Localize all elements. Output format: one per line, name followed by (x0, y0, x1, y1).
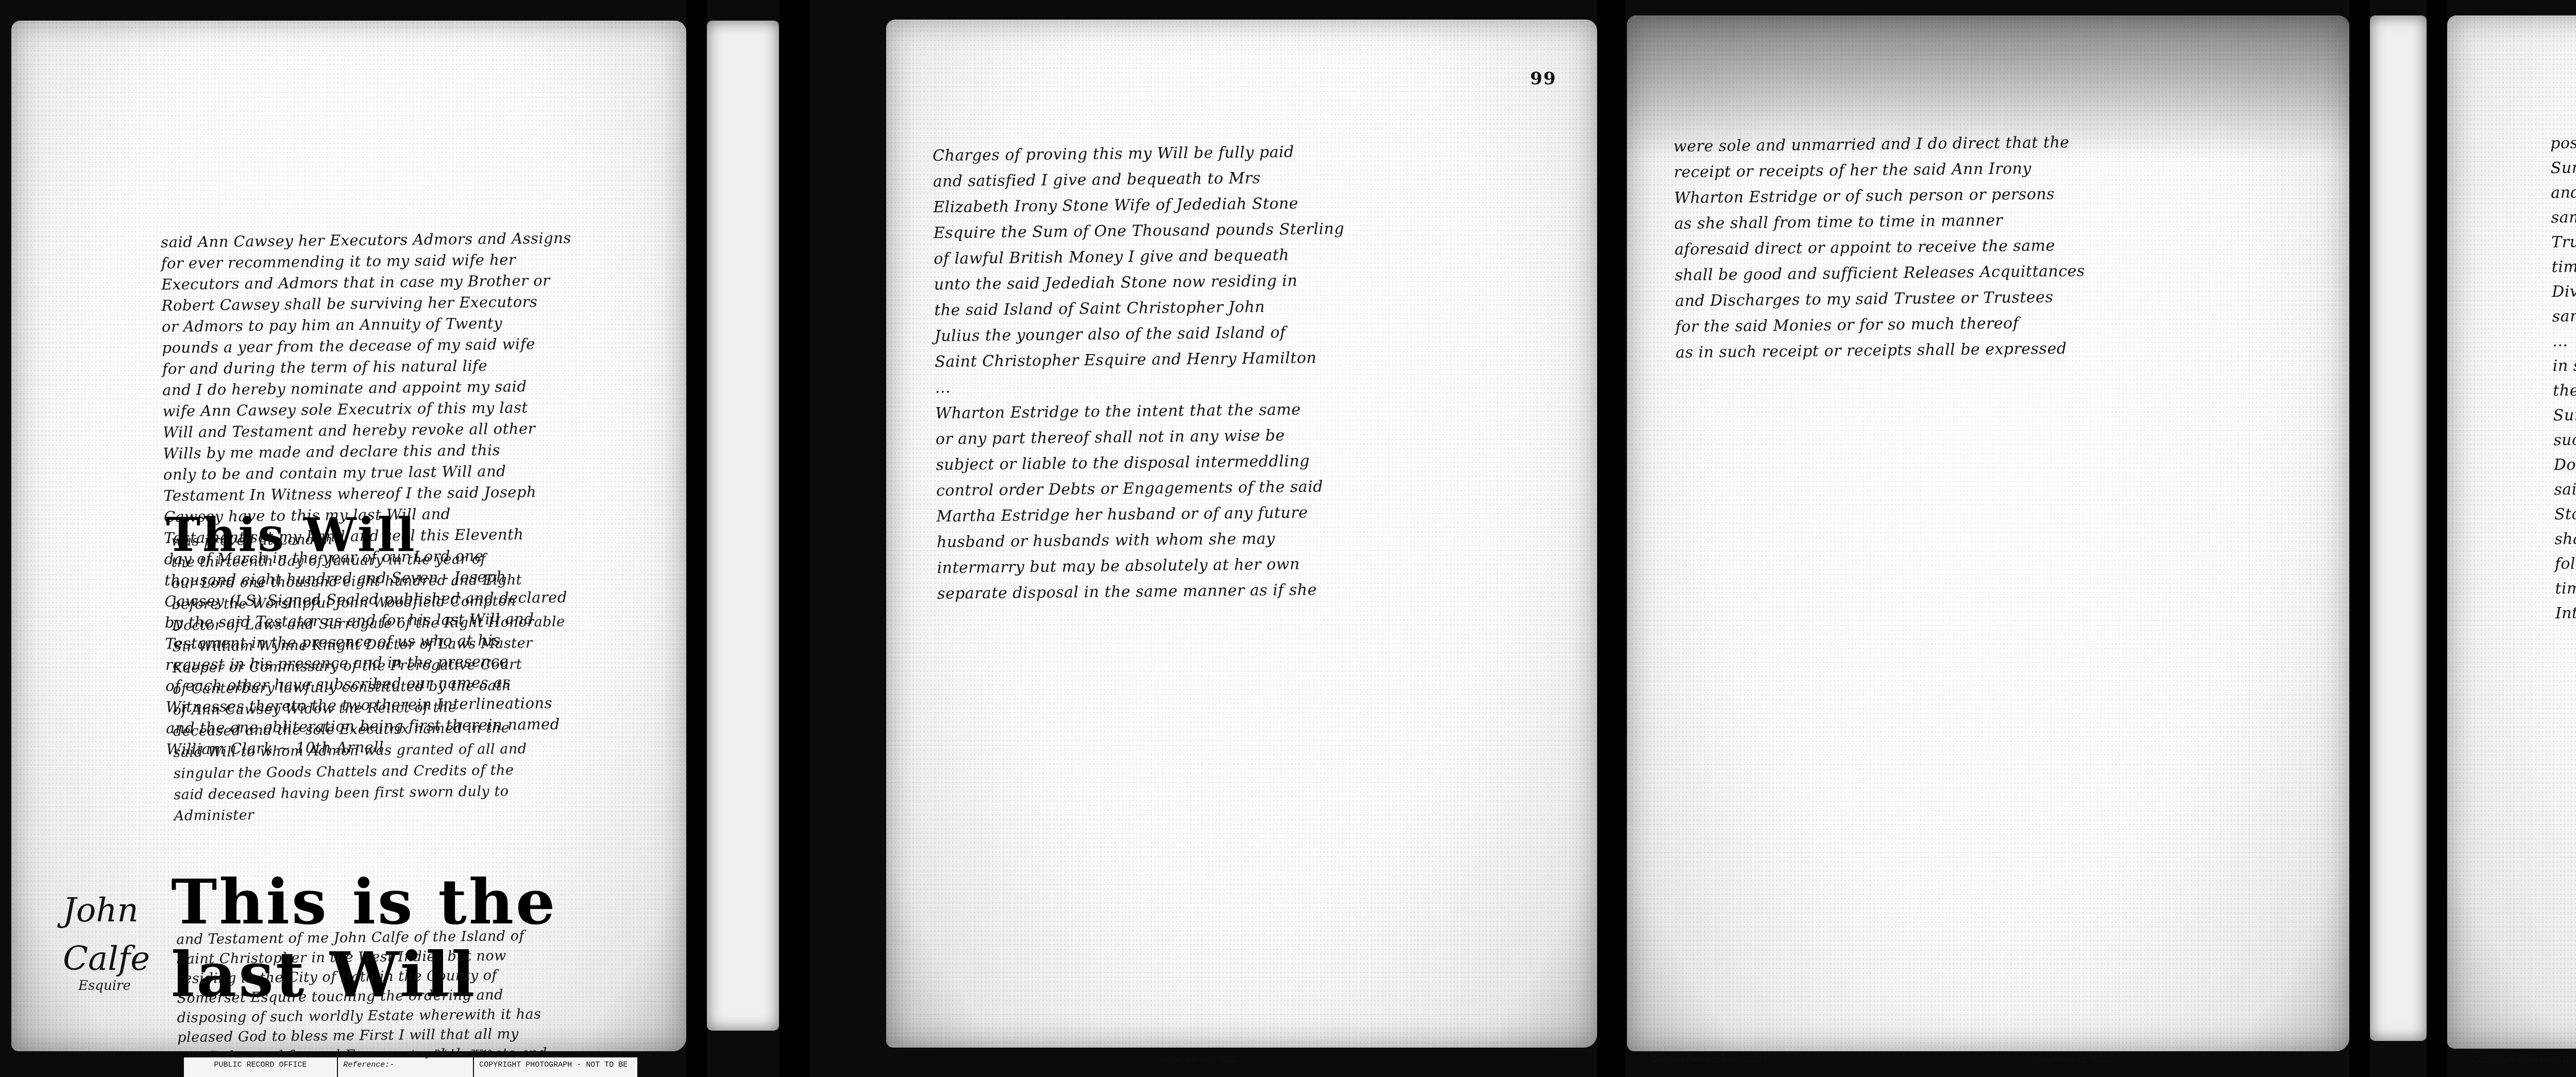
microfilm-strip: said Ann Cawsey her Executors Admors and… (0, 0, 2576, 1077)
margin-first-name: John (63, 891, 150, 930)
reference-label: Reference:- (338, 1057, 474, 1077)
will-opening-text: and Testament of me John Calfe of the Is… (176, 925, 672, 1051)
image-reference: Image Reference:75513 (2030, 1054, 2110, 1065)
public-record-office-label: PUBLIC RECORD OFFICE Reference:- COPYRIG… (183, 1056, 638, 1077)
office-name: PUBLIC RECORD OFFICE (184, 1057, 338, 1077)
page-edge (2370, 15, 2427, 1041)
page-number: 99 (1530, 69, 1556, 89)
page-1: said Ann Cawsey her Executors Admors and… (11, 21, 686, 1051)
page-2: 99 Charges of proving this my Will be fu… (886, 20, 1597, 1048)
image-reference: Image Reference:75513 (412, 1048, 492, 1059)
gutter (686, 0, 707, 1077)
image-reference: Image Reference:75513 (1159, 1054, 1239, 1065)
copyright-notice: COPYRIGHT PHOTOGRAPH - NOT TO BE (474, 1057, 637, 1077)
gutter (2349, 0, 2370, 1077)
probate-clause-text: was proved at London the thirteenth day … (171, 526, 669, 827)
page-edge (707, 21, 779, 1031)
margin-title: Esquire (78, 978, 150, 994)
testator-margin-name: John Calfe Esquire (63, 891, 150, 994)
catalogue-reference: Catalogue Reference:prob 11/1472 (1651, 1054, 1767, 1065)
gutter (2427, 0, 2447, 1077)
page-3-text: were sole and unmarried and I do direct … (1673, 127, 2320, 366)
gutter (779, 0, 810, 1077)
page-4-text: possessed of and interested in the said … (2550, 125, 2576, 626)
page-4: 100 possessed of and interested in the s… (2447, 15, 2576, 1049)
page-2-text: Charges of proving this my Will be fully… (933, 137, 1530, 607)
gutter (1597, 0, 1625, 1077)
margin-surname: Calfe (63, 940, 150, 978)
page-3: were sole and unmarried and I do direct … (1627, 15, 2349, 1051)
catalogue-reference: Catalogue Reference:prob 11/1472 (2473, 1054, 2576, 1065)
